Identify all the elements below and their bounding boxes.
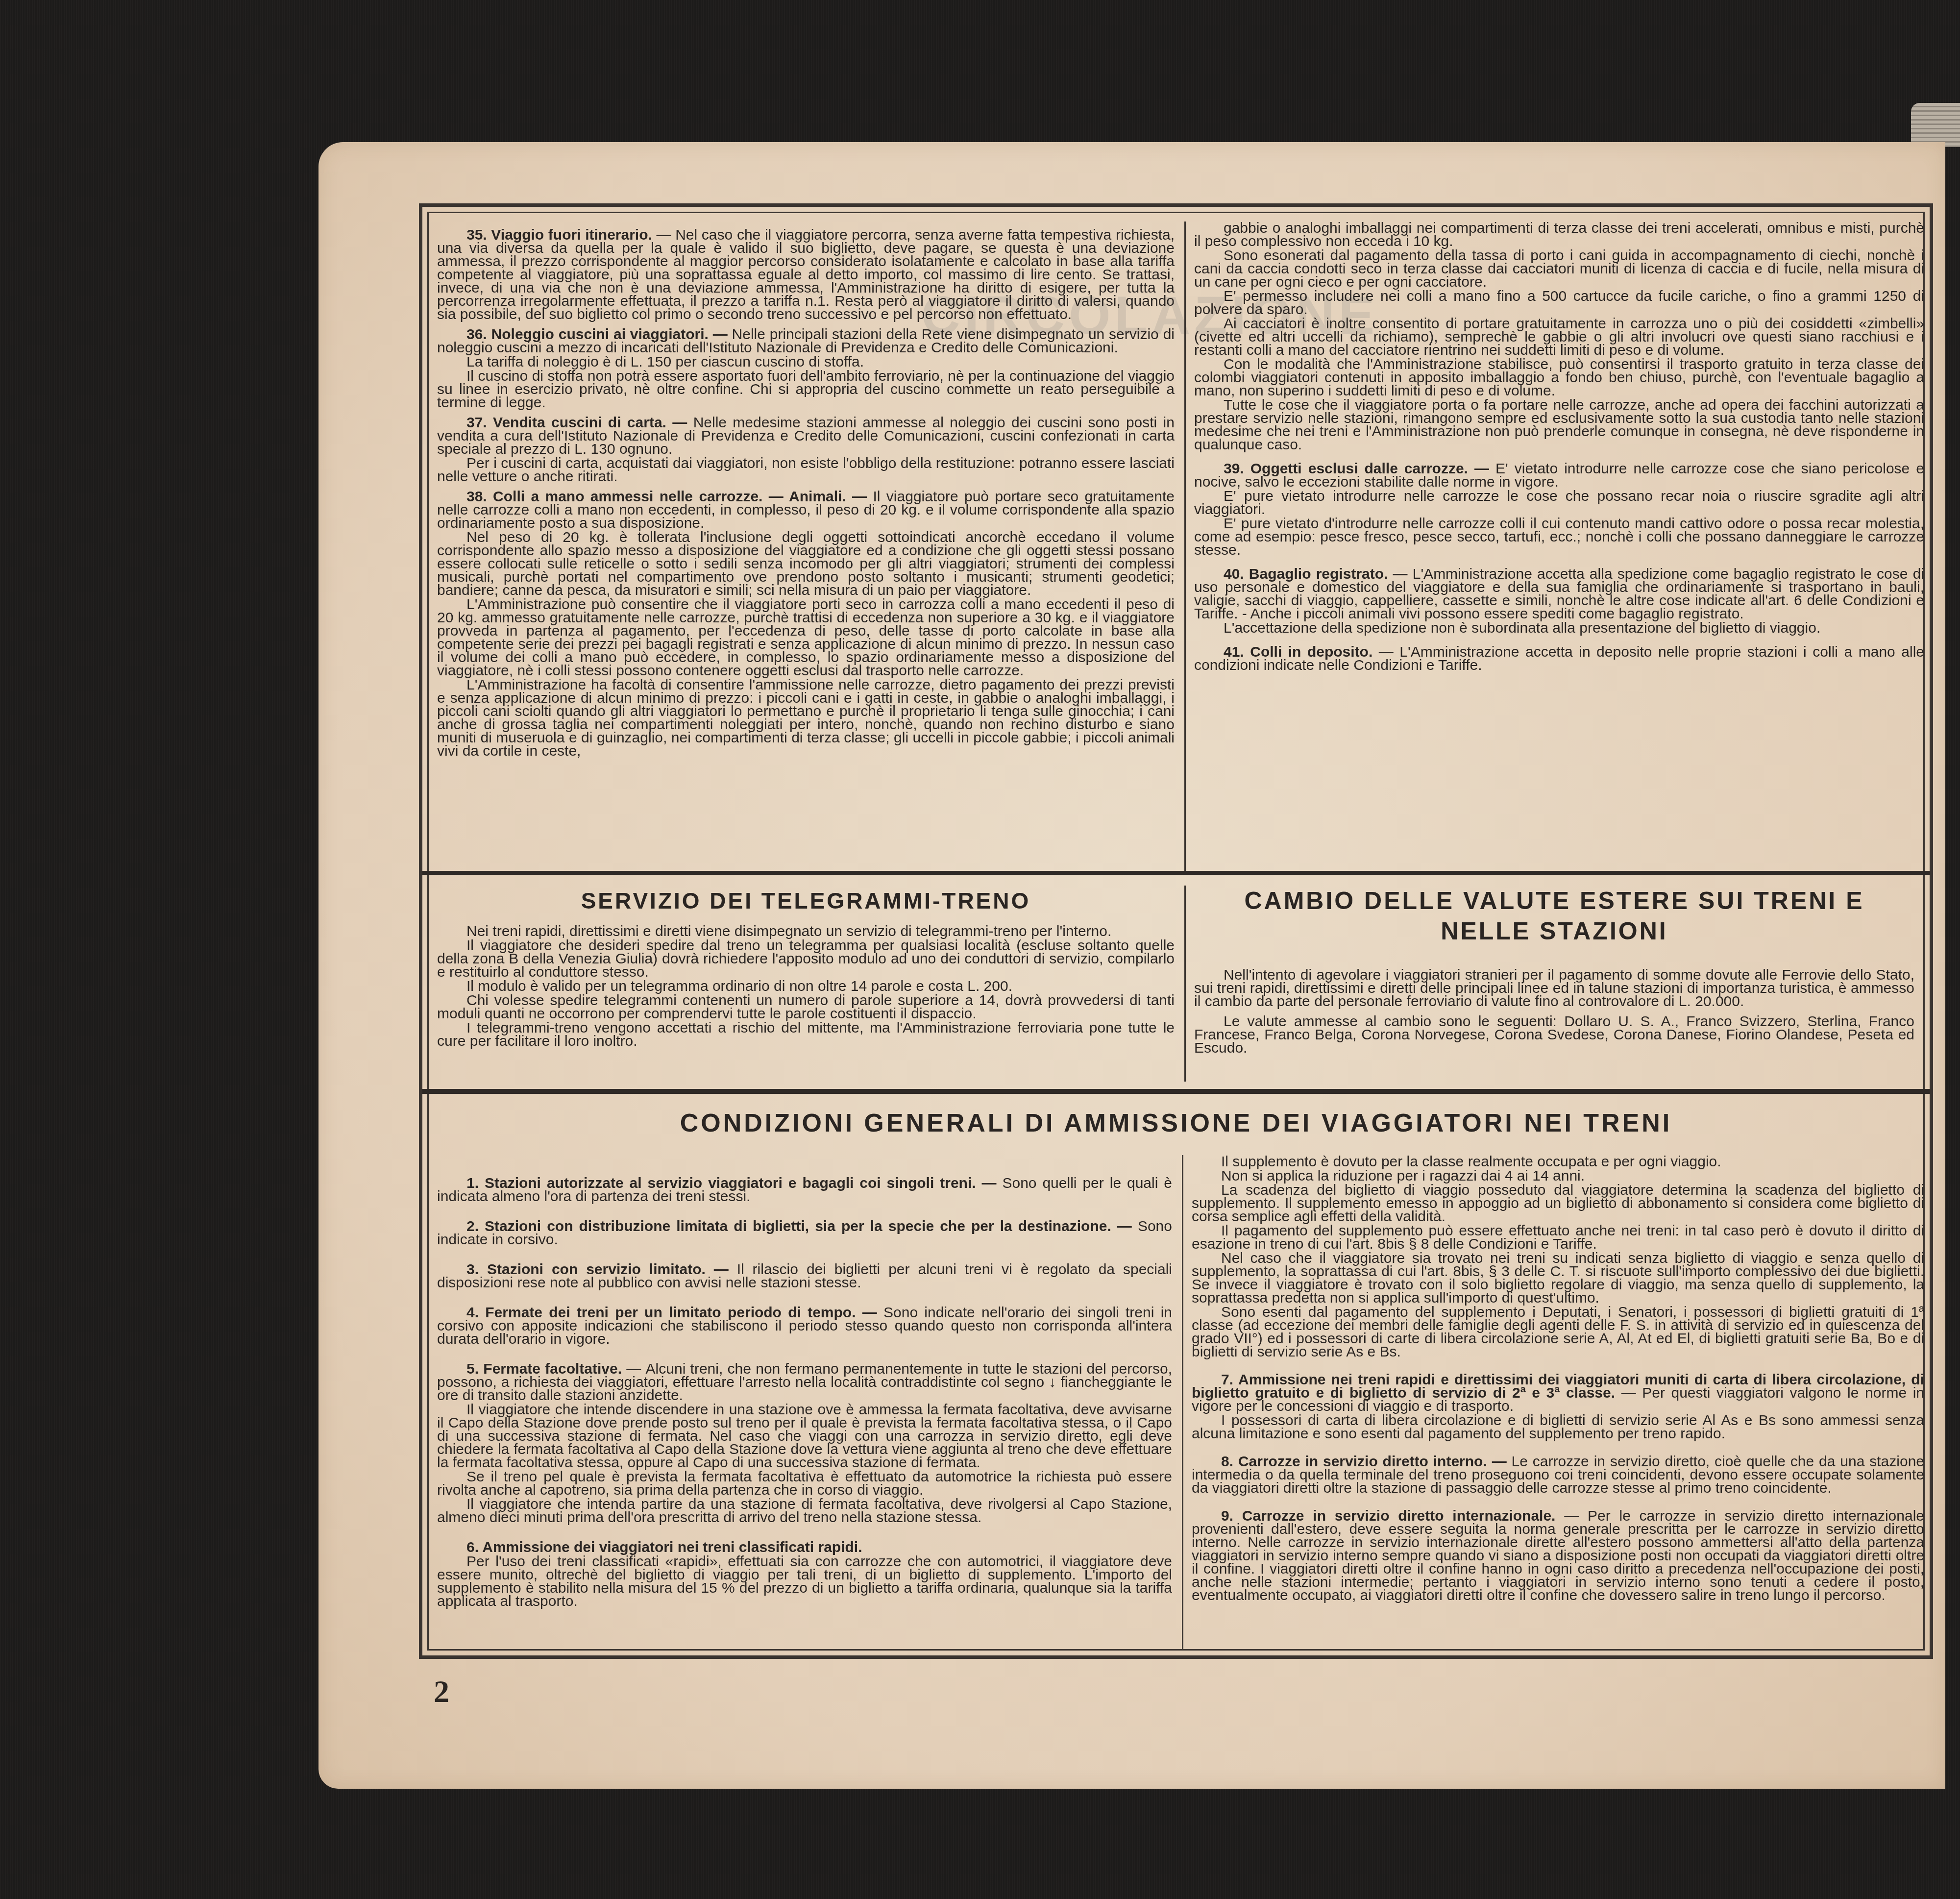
article-36: 36. Noleggio cuscini ai viaggiatori. — N… [437, 328, 1175, 354]
article-paragraph: Per i cuscini di carta, acquistati dai v… [437, 457, 1175, 483]
page-number: 2 [434, 1674, 449, 1710]
column-divider [1182, 1155, 1183, 1650]
article-paragraph: Nel peso di 20 kg. è tollerata l'inclusi… [437, 531, 1175, 597]
currency-exchange-box: CAMBIO DELLE VALUTE ESTERE SUI TRENI E N… [1194, 886, 1914, 1082]
article-heading: 2. Stazioni con distribuzione limitata d… [466, 1218, 1138, 1234]
telegrams-paragraph: Il viaggiatore che desideri spedire dal … [437, 939, 1175, 979]
article-paragraph: Sono esonerati dal pagamento della tassa… [1194, 249, 1924, 289]
condition-paragraph: Nel caso che il viaggiatore sia trovato … [1192, 1252, 1924, 1305]
article-paragraph: Tutte le cose che il viaggiatore porta o… [1194, 398, 1924, 451]
article-paragraph: Ai cacciatori è inoltre consentito di po… [1194, 317, 1924, 357]
article-3: 3. Stazioni con servizio limitato. — Il … [437, 1263, 1172, 1289]
article-4: 4. Fermate dei treni per un limitato per… [437, 1306, 1172, 1346]
articles-35-38-column: 35. Viaggio fuori itinerario. — Nel caso… [437, 222, 1175, 759]
general-conditions-title: CONDIZIONI GENERALI DI AMMISSIONE DEI VI… [422, 1109, 1930, 1138]
article-heading: 40. Bagaglio registrato. — [1224, 566, 1413, 582]
article-paragraph: Il cuscino di stoffa non potrà essere as… [437, 370, 1175, 409]
currency-paragraph: Nell'intento di agevolare i viaggiatori … [1194, 968, 1914, 1008]
article-heading: 5. Fermate facoltative. — [466, 1361, 646, 1377]
article-paragraph: L'Amministrazione può consentire che il … [437, 598, 1175, 677]
article-paragraph: E' pure vietato introdurre nelle carrozz… [1194, 490, 1924, 516]
article-heading: 9. Carrozze in servizio diretto internaz… [1221, 1508, 1588, 1524]
article-paragraph: La tariffa di noleggio è di L. 150 per c… [437, 355, 1175, 369]
article-7: 7. Ammissione nei treni rapidi e diretti… [1192, 1373, 1924, 1413]
article-40: 40. Bagaglio registrato. — L'Amministraz… [1194, 567, 1924, 620]
telegrams-paragraph: I telegrammi-treno vengono accettati a r… [437, 1021, 1175, 1048]
article-paragraph: E' pure vietato d'introdurre nelle carro… [1194, 517, 1924, 557]
condition-paragraph: Sono esenti dal pagamento del supplement… [1192, 1306, 1924, 1358]
stacked-pages-edge [1911, 103, 1960, 147]
condition-paragraph: La scadenza del biglietto di viaggio pos… [1192, 1184, 1924, 1223]
article-1: 1. Stazioni autorizzate al servizio viag… [437, 1177, 1172, 1203]
telegrams-paragraph: Chi volesse spedire telegrammi contenent… [437, 994, 1175, 1020]
article-paragraph: gabbie o analoghi imballaggi nei compart… [1194, 222, 1924, 248]
article-heading: 8. Carrozze in servizio diretto interno.… [1221, 1454, 1512, 1470]
article-paragraph: L'accettazione della spedizione non è su… [1194, 621, 1924, 635]
currency-exchange-title: CAMBIO DELLE VALUTE ESTERE SUI TRENI E N… [1194, 886, 1914, 946]
article-paragraph: Il viaggiatore che intende discendere in… [437, 1403, 1172, 1469]
condition-paragraph: Non si applica la riduzione per i ragazz… [1192, 1169, 1924, 1183]
telegrams-box: SERVIZIO DEI TELEGRAMMI-TRENO Nei treni … [432, 886, 1182, 1082]
article-heading: 38. Colli a mano ammessi nelle carrozze.… [466, 489, 873, 505]
section-divider [422, 1089, 1930, 1094]
article-heading: 7. Ammissione nei treni rapidi e diretti… [1192, 1372, 1924, 1401]
telegrams-paragraph: Il modulo è valido per un telegramma ord… [437, 980, 1175, 993]
conditions-1-6-column: 1. Stazioni autorizzate al servizio viag… [437, 1160, 1172, 1609]
section-divider [422, 871, 1930, 875]
article-paragraph: Il viaggiatore che intenda partire da un… [437, 1498, 1172, 1524]
condition-paragraph: Il supplemento è dovuto per la classe re… [1192, 1155, 1924, 1168]
article-paragraph: E' permesso includere nei colli a mano f… [1194, 290, 1924, 316]
article-2: 2. Stazioni con distribuzione limitata d… [437, 1220, 1172, 1246]
page-border-frame: 35. Viaggio fuori itinerario. — Nel caso… [419, 203, 1933, 1659]
article-38: 38. Colli a mano ammessi nelle carrozze.… [437, 490, 1175, 530]
general-conditions-section: 1. Stazioni autorizzate al servizio viag… [432, 1155, 1927, 1645]
regulations-section: 35. Viaggio fuori itinerario. — Nel caso… [432, 222, 1927, 873]
article-paragraph: Per l'uso dei treni classificati «rapidi… [437, 1555, 1172, 1608]
article-8: 8. Carrozze in servizio diretto interno.… [1192, 1455, 1924, 1495]
article-heading: 39. Oggetti esclusi dalle carrozze. — [1224, 461, 1495, 477]
article-paragraph: Con le modalità che l'Amministrazione st… [1194, 358, 1924, 397]
article-paragraph: L'Amministrazione ha facoltà di consenti… [437, 678, 1175, 758]
condition-paragraph: Il pagamento del supplemento può essere … [1192, 1224, 1924, 1251]
column-divider [1184, 222, 1186, 873]
article-5: 5. Fermate facoltative. — Alcuni treni, … [437, 1362, 1172, 1402]
article-41: 41. Colli in deposito. — L'Amministrazio… [1194, 645, 1924, 672]
telegrams-title: SERVIZIO DEI TELEGRAMMI-TRENO [437, 886, 1175, 916]
article-6: 6. Ammissione dei viaggiatori nei treni … [437, 1541, 1172, 1554]
conditions-7-9-column: Il supplemento è dovuto per la classe re… [1192, 1155, 1924, 1603]
telegrams-paragraph: Nei treni rapidi, direttissimi e diretti… [437, 925, 1175, 938]
article-35: 35. Viaggio fuori itinerario. — Nel caso… [437, 228, 1175, 321]
article-39: 39. Oggetti esclusi dalle carrozze. — E'… [1194, 462, 1924, 489]
article-heading: 4. Fermate dei treni per un limitato per… [466, 1305, 883, 1321]
article-37: 37. Vendita cuscini di carta. — Nelle me… [437, 416, 1175, 456]
article-heading: 35. Viaggio fuori itinerario. — [466, 227, 675, 243]
article-heading: 36. Noleggio cuscini ai viaggiatori. — [466, 326, 732, 343]
currency-paragraph: Le valute ammesse al cambio sono le segu… [1194, 1015, 1914, 1055]
article-heading: 3. Stazioni con servizio limitato. — [466, 1261, 737, 1278]
article-paragraph: Se il treno pel quale è prevista la ferm… [437, 1470, 1172, 1497]
article-9: 9. Carrozze in servizio diretto internaz… [1192, 1509, 1924, 1602]
articles-39-41-column: gabbie o analoghi imballaggi nei compart… [1194, 222, 1924, 673]
article-paragraph: I possessori di carta di libera circolaz… [1192, 1414, 1924, 1440]
article-heading: 37. Vendita cuscini di carta. — [466, 415, 693, 431]
article-heading: 41. Colli in deposito. — [1224, 644, 1399, 660]
box-divider [1184, 886, 1186, 1082]
article-heading: 1. Stazioni autorizzate al servizio viag… [466, 1175, 1002, 1191]
